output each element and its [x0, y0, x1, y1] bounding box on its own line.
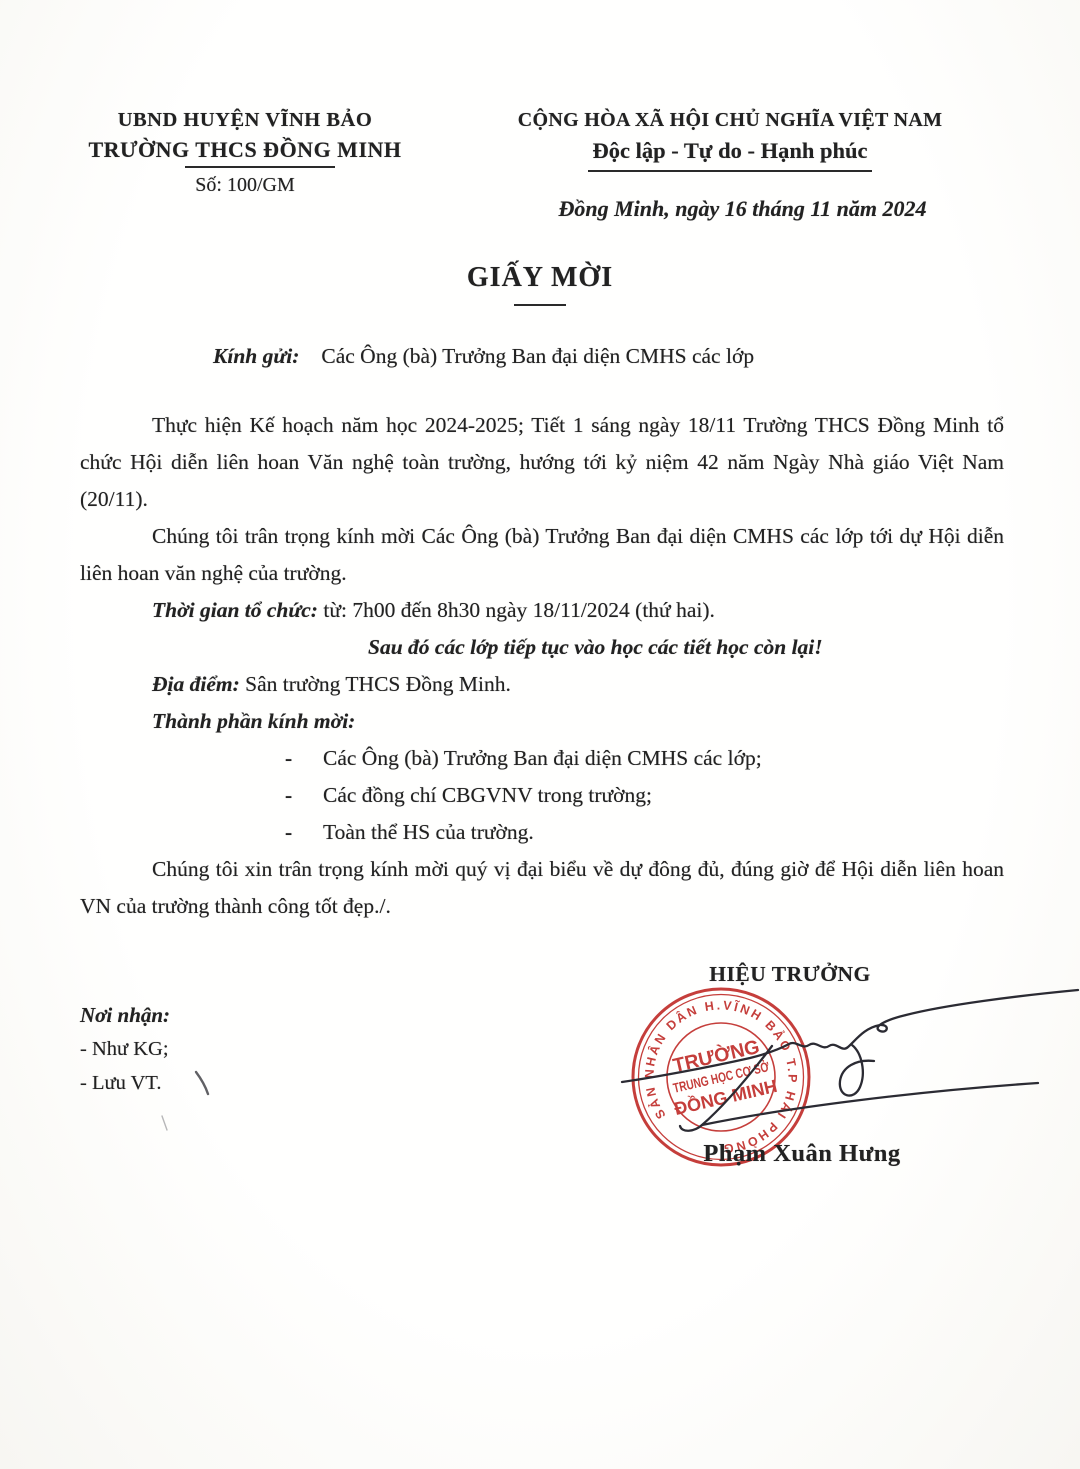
scanned-letter-page: UBND HUYỆN VĨNH BẢO TRƯỜNG THCS ĐỒNG MIN…: [0, 0, 1080, 1469]
place-date-line: Đồng Minh, ngày 16 tháng 11 năm 2024: [455, 196, 1005, 222]
document-title: GIẤY MỜI: [0, 262, 1080, 294]
place-line: Địa điểm: Sân trường THCS Đồng Minh.: [80, 666, 1004, 703]
national-motto-block: CỘNG HÒA XÃ HỘI CHỦ NGHĨA VIỆT NAM Độc l…: [455, 106, 1045, 222]
signer-name: Phạm Xuân Hưng: [672, 1140, 932, 1168]
place-label: Địa điểm:: [152, 672, 240, 696]
salutation-line: Kính gửi:Các Ông (bà) Trưởng Ban đại diệ…: [80, 338, 1004, 375]
paragraph-1: Thực hiện Kế hoạch năm học 2024-2025; Ti…: [80, 407, 1004, 518]
list-item: - Toàn thể HS của trường.: [80, 814, 1004, 851]
list-item: - Các đồng chí CBGVNV trong trường;: [80, 777, 1004, 814]
time-label: Thời gian tổ chức:: [152, 598, 318, 622]
list-item-text: Các đồng chí CBGVNV trong trường;: [323, 777, 652, 814]
pen-mark: [150, 1060, 230, 1140]
letter-header: UBND HUYỆN VĨNH BẢO TRƯỜNG THCS ĐỒNG MIN…: [0, 0, 1080, 222]
issuing-org-block: UBND HUYỆN VĨNH BẢO TRƯỜNG THCS ĐỒNG MIN…: [0, 106, 455, 222]
letter-body: Kính gửi:Các Ông (bà) Trưởng Ban đại diệ…: [0, 338, 1080, 925]
time-value: từ: 7h00 đến 8h30 ngày 18/11/2024 (thứ h…: [323, 598, 715, 622]
bullet-dash: -: [285, 777, 323, 814]
bullet-dash: -: [285, 740, 323, 777]
bullet-dash: -: [285, 814, 323, 851]
attendees-label: Thành phần kính mời:: [80, 703, 1004, 740]
closing-paragraph: Chúng tôi xin trân trọng kính mời quý vị…: [80, 851, 1004, 925]
recipients-label: Nơi nhận:: [80, 998, 170, 1032]
national-header: CỘNG HÒA XÃ HỘI CHỦ NGHĨA VIỆT NAM: [455, 106, 1005, 134]
note-line: Sau đó các lớp tiếp tục vào học các tiết…: [80, 629, 1004, 666]
national-motto: Độc lập - Tự do - Hạnh phúc: [588, 134, 871, 172]
place-value: Sân trường THCS Đồng Minh.: [245, 672, 511, 696]
title-rule: [514, 304, 566, 306]
handwritten-signature: [585, 972, 1080, 1147]
paragraph-2: Chúng tôi trân trọng kính mời Các Ông (b…: [80, 518, 1004, 592]
time-line: Thời gian tổ chức: từ: 7h00 đến 8h30 ngà…: [80, 592, 1004, 629]
salutation-label: Kính gửi:: [213, 344, 299, 368]
list-item: - Các Ông (bà) Trưởng Ban đại diện CMHS …: [80, 740, 1004, 777]
document-number: Số: 100/GM: [35, 170, 455, 200]
org-school-name: TRƯỜNG THCS ĐỒNG MINH: [35, 134, 455, 166]
list-item-text: Các Ông (bà) Trưởng Ban đại diện CMHS cá…: [323, 740, 762, 777]
org-underline: [185, 166, 335, 168]
org-parent-name: UBND HUYỆN VĨNH BẢO: [35, 106, 455, 134]
title-block: GIẤY MỜI: [0, 262, 1080, 306]
salutation-value: Các Ông (bà) Trưởng Ban đại diện CMHS cá…: [299, 344, 754, 368]
list-item-text: Toàn thể HS của trường.: [323, 814, 534, 851]
